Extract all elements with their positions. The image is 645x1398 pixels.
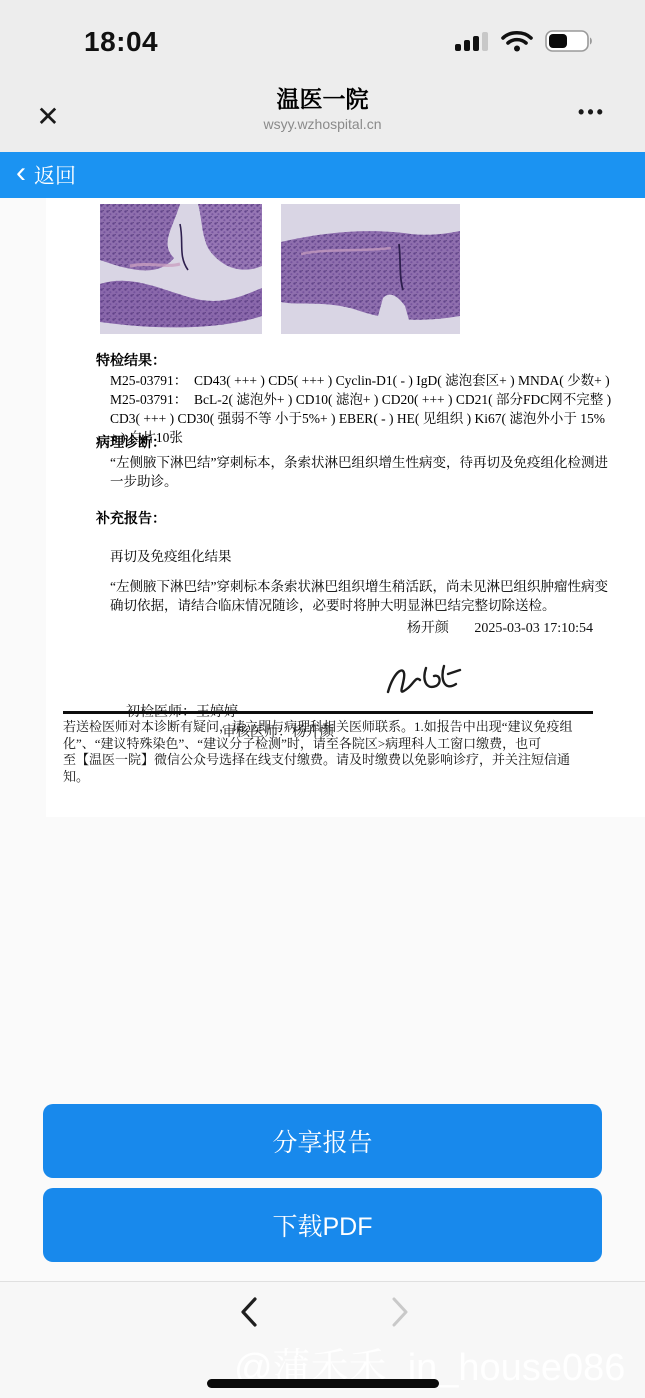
share-report-button[interactable]: 分享报告: [43, 1104, 602, 1178]
pathologist-name: 杨开颜: [407, 621, 449, 636]
histology-images: [100, 204, 460, 334]
battery-icon: [545, 30, 595, 57]
status-icons: [455, 30, 595, 57]
text-line: 知。: [63, 769, 635, 786]
section-label: 特检结果：: [96, 352, 633, 371]
page-url: wsyy.wzhospital.cn: [0, 114, 645, 134]
text-line: 至【温医一院】微信公众号选择在线支付缴费。请及时缴费以免影响诊疗，并关注短信通: [63, 752, 635, 769]
histology-slide-2: [281, 204, 460, 334]
chevron-right-icon: [391, 1297, 409, 1332]
home-indicator[interactable]: [207, 1379, 439, 1388]
cellular-signal-icon: [455, 30, 489, 57]
text-line: 化”、“建议特殊染色”、“建议分子检测”时，请至各院区>病理科人工窗口缴费，也可: [63, 736, 635, 753]
text-line: M25-03791： CD43( +++ ) CD5( +++ ) Cyclin…: [110, 371, 633, 390]
chevron-left-icon: [240, 1297, 258, 1332]
status-bar: 18:04: [0, 0, 645, 80]
text-line: “左侧腋下淋巴结”穿刺标本，条索状淋巴组织增生性病变，待再切及免疫组化检测进: [110, 453, 633, 472]
clock: 18:04: [84, 26, 158, 58]
histology-slide-1: [100, 204, 262, 334]
signoff-line: 杨开颜 2025-03-03 17:10:54: [407, 617, 593, 637]
diagnosis-text: “左侧腋下淋巴结”穿刺标本，条索状淋巴组织增生性病变，待再切及免疫组化检测进一步…: [110, 453, 633, 491]
section-special-results: 特检结果： M25-03791： CD43( +++ ) CD5( +++ ) …: [96, 352, 633, 447]
text-line: “左侧腋下淋巴结”穿刺标本条索状淋巴组织增生稍活跃，尚未见淋巴组织肿瘤性病变: [110, 577, 633, 596]
phone-screen: 18:04: [0, 0, 645, 1398]
section-diagnosis: 病理诊断： “左侧腋下淋巴结”穿刺标本，条索状淋巴组织增生性病变，待再切及免疫组…: [96, 434, 633, 491]
text-line: M25-03791： BcL-2( 滤泡外+ ) CD10( 滤泡+ ) CD2…: [110, 390, 633, 409]
text-line: 若送检医师对本诊断有疑问，请立即与病理科相关医师联系。1.如报告中出现“建议免疫…: [63, 719, 635, 736]
section-label: 补充报告：: [96, 510, 633, 529]
wechat-browser-header: ✕ 温医一院 wsyy.wzhospital.cn •••: [0, 80, 645, 152]
handwritten-signature: [382, 658, 462, 713]
text-line: 确切依据，请结合临床情况随诊，必要时将肿大明显淋巴结完整切除送检。: [110, 596, 633, 615]
supplement-intro: 再切及免疫组化结果: [110, 547, 633, 566]
page-back-button[interactable]: [227, 1294, 271, 1334]
report-footnote: 若送检医师对本诊断有疑问，请立即与病理科相关医师联系。1.如报告中出现“建议免疫…: [63, 719, 635, 785]
download-pdf-button[interactable]: 下载PDF: [43, 1188, 602, 1262]
section-label: 病理诊断：: [96, 434, 633, 453]
text-line: 一步助诊。: [110, 472, 633, 491]
back-bar[interactable]: ‹ 返回: [0, 152, 645, 198]
footer-divider: [63, 711, 593, 714]
section-supplement: 补充报告： 再切及免疫组化结果 “左侧腋下淋巴结”穿刺标本条索状淋巴组织增生稍活…: [96, 510, 633, 615]
page-title-block: 温医一院 wsyy.wzhospital.cn: [0, 84, 645, 134]
report-datetime: 2025-03-03 17:10:54: [474, 621, 593, 636]
report-document: 特检结果： M25-03791： CD43( +++ ) CD5( +++ ) …: [46, 198, 645, 817]
supplement-text: “左侧腋下淋巴结”穿刺标本条索状淋巴组织增生稍活跃，尚未见淋巴组织肿瘤性病变确切…: [110, 577, 633, 615]
page-forward-button[interactable]: [378, 1294, 422, 1334]
back-label: 返回: [34, 160, 76, 190]
chevron-left-icon: ‹: [16, 158, 26, 188]
more-menu-icon[interactable]: •••: [567, 90, 617, 134]
page-title: 温医一院: [0, 84, 645, 114]
text-line: CD3( +++ ) CD30( 强弱不等 小于5%+ ) EBER( - ) …: [110, 409, 633, 428]
wifi-icon: [501, 30, 533, 57]
